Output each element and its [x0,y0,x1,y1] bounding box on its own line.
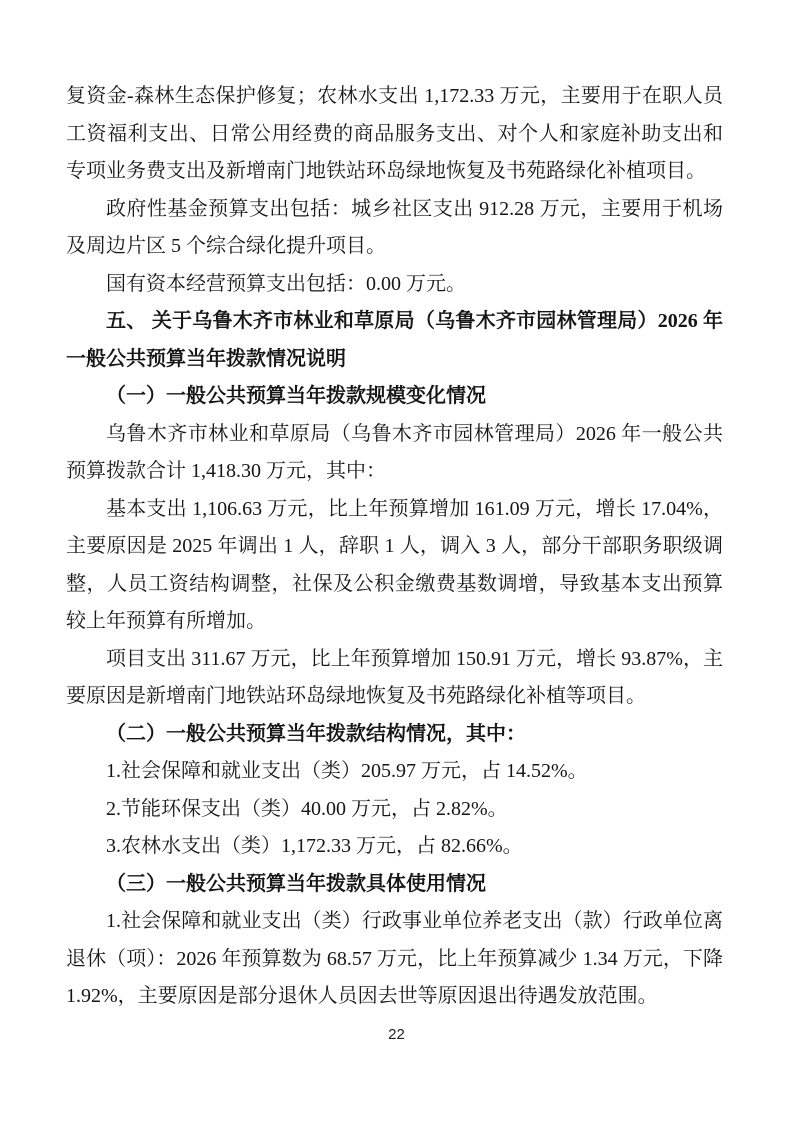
page-number: 22 [388,1026,405,1043]
list-item-social-security-expenditure: 1.社会保障和就业支出（类）205.97 万元，占 14.52%。 [66,753,723,791]
paragraph-basic-expenditure: 基本支出 1,106.63 万元，比上年预算增加 161.09 万元，增长 17… [66,491,723,641]
heading-section-5: 五、 关于乌鲁木齐市林业和草原局（乌鲁木齐市园林管理局）2026 年一般公共预算… [66,303,723,378]
heading-subsection-3-specific-usage: （三）一般公共预算当年拨款具体使用情况 [66,866,723,904]
paragraph-project-expenditure: 项目支出 311.67 万元，比上年预算增加 150.91 万元，增长 93.8… [66,641,723,716]
paragraph-continuation-expenditure: 复资金-森林生态保护修复；农林水支出 1,172.33 万元，主要用于在职人员工… [66,78,723,191]
list-item-agriculture-forestry-water-expenditure: 3.农林水支出（类）1,172.33 万元，占 82.66%。 [66,828,723,866]
heading-subsection-1-scale-change: （一）一般公共预算当年拨款规模变化情况 [66,378,723,416]
paragraph-state-capital-budget: 国有资本经营预算支出包括：0.00 万元。 [66,266,723,304]
list-item-energy-conservation-expenditure: 2.节能环保支出（类）40.00 万元，占 2.82%。 [66,791,723,829]
paragraph-total-appropriation: 乌鲁木齐市林业和草原局（乌鲁木齐市园林管理局）2026 年一般公共预算拨款合计 … [66,416,723,491]
page-footer: 22 [0,1025,793,1045]
paragraph-retirement-expenditure-detail: 1.社会保障和就业支出（类）行政事业单位养老支出（款）行政单位离退休（项）：20… [66,903,723,1016]
document-page: 复资金-森林生态保护修复；农林水支出 1,172.33 万元，主要用于在职人员工… [0,0,793,1122]
document-body: 复资金-森林生态保护修复；农林水支出 1,172.33 万元，主要用于在职人员工… [66,78,723,1016]
paragraph-government-fund-budget: 政府性基金预算支出包括：城乡社区支出 912.28 万元，主要用于机场及周边片区… [66,191,723,266]
heading-subsection-2-structure: （二）一般公共预算当年拨款结构情况，其中： [66,716,723,754]
